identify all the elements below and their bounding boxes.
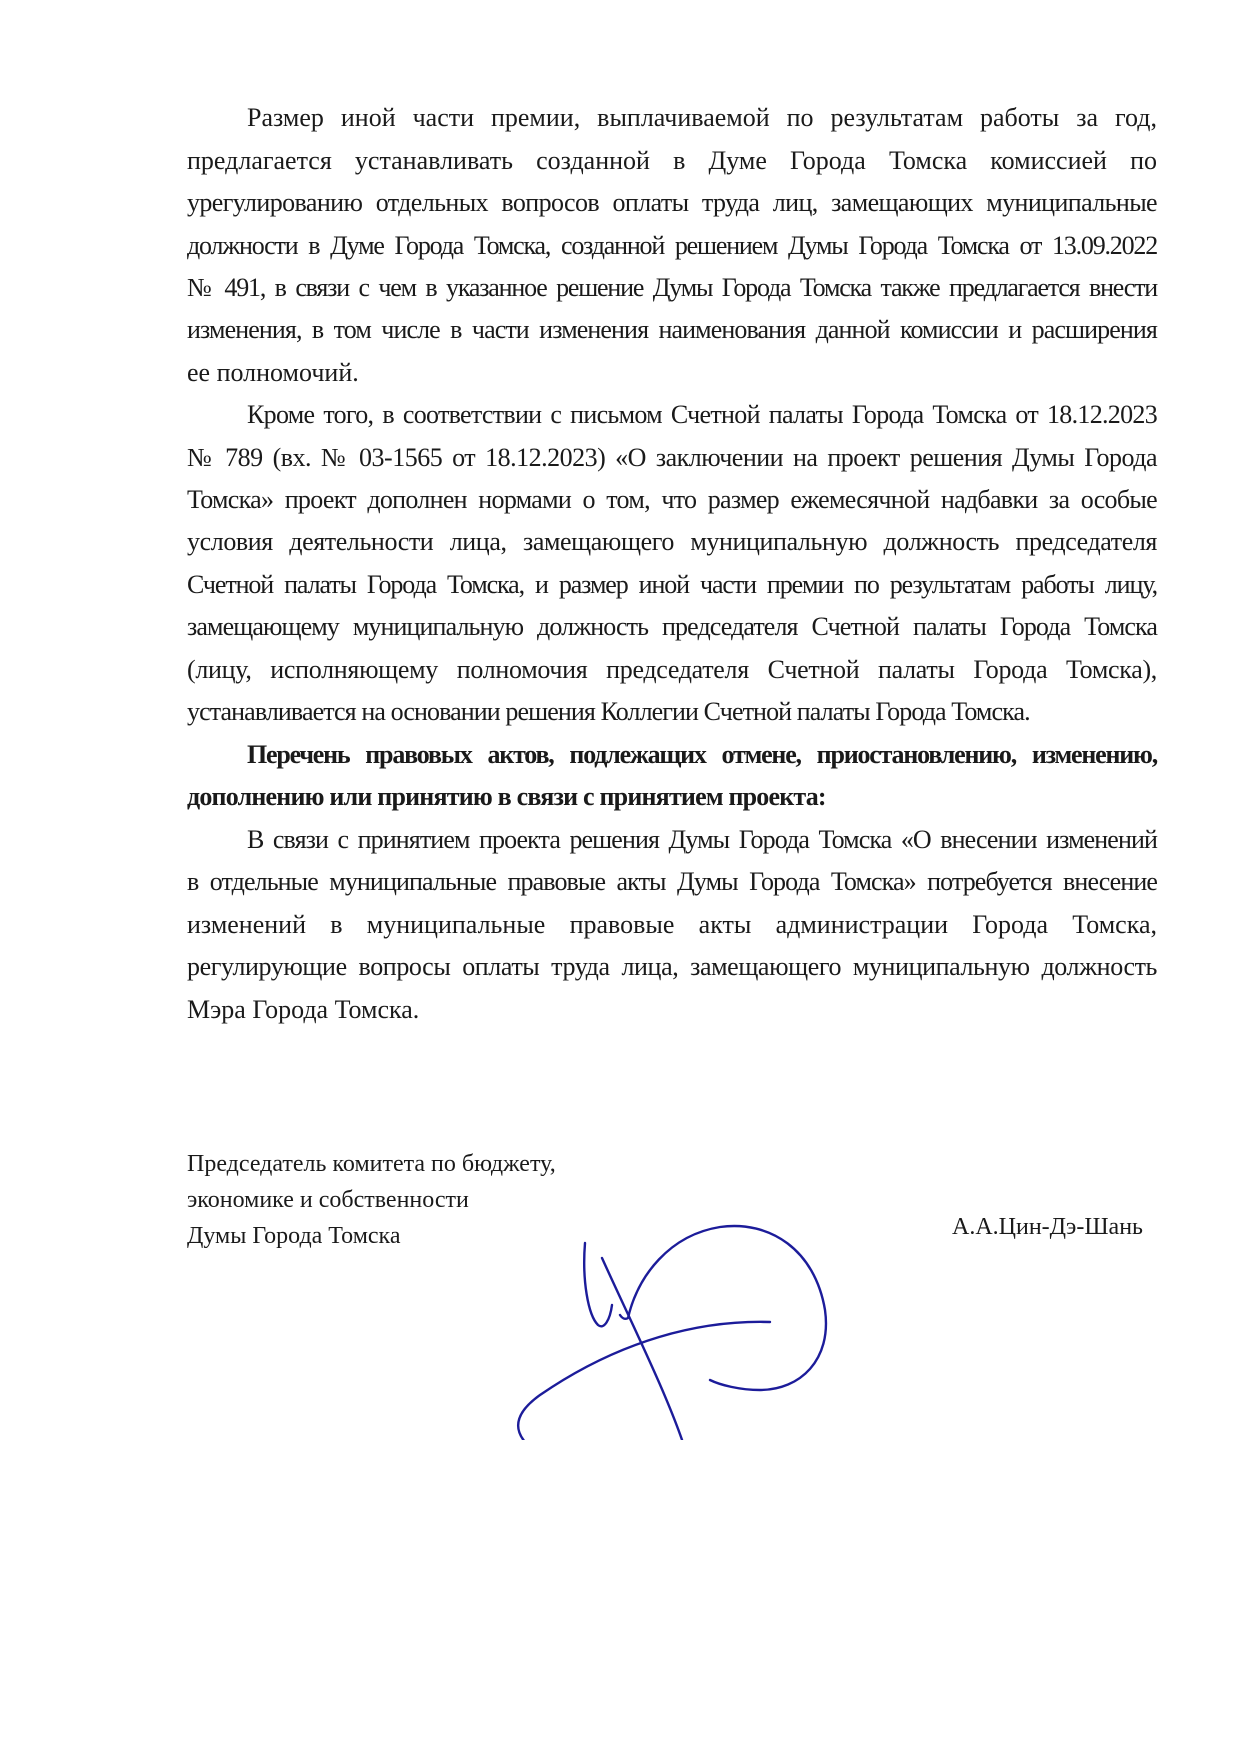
paragraph-2-line-8: устанавливается на основании решения Кол…	[187, 697, 1157, 727]
section-heading-line-2: дополнению или принятию в связи с принят…	[187, 782, 1157, 812]
paragraph-1-line-1: Размер иной части премии, выплачиваемой …	[247, 103, 1157, 133]
paragraph-1-line-2: предлагается устанавливать созданной в Д…	[187, 146, 1157, 176]
section-heading-line-1: Перечень правовых актов, подлежащих отме…	[247, 740, 1157, 770]
paragraph-1-line-3: урегулированию отдельных вопросов оплаты…	[187, 188, 1157, 218]
paragraph-3-line-3: изменений в муниципальные правовые акты …	[187, 910, 1157, 940]
document-page: Размер иной части премии, выплачиваемой …	[0, 0, 1240, 1753]
paragraph-2-line-1: Кроме того, в соответствии с письмом Сче…	[247, 400, 1157, 430]
paragraph-2-line-2: № 789 (вх. № 03-1565 от 18.12.2023) «О з…	[187, 443, 1157, 473]
paragraph-2-line-6: замещающему муниципальную должность пред…	[187, 612, 1157, 642]
paragraph-3-line-2: в отдельные муниципальные правовые акты …	[187, 867, 1157, 897]
paragraph-1-line-5: № 491, в связи с чем в указанное решение…	[187, 273, 1157, 303]
paragraph-1-line-7: ее полномочий.	[187, 358, 1157, 388]
paragraph-1-line-6: изменения, в том числе в части изменения…	[187, 315, 1157, 345]
handwritten-signature-icon	[470, 1180, 950, 1440]
paragraph-3-line-5: Мэра Города Томска.	[187, 995, 1157, 1025]
signatory-position-line-1: Председатель комитета по бюджету,	[187, 1150, 556, 1178]
paragraph-3-line-4: регулирующие вопросы оплаты труда лица, …	[187, 952, 1157, 982]
signatory-position-line-2: экономике и собственности	[187, 1186, 469, 1214]
paragraph-3-line-1: В связи с принятием проекта решения Думы…	[247, 825, 1157, 855]
paragraph-2-line-7: (лицу, исполняющему полномочия председат…	[187, 655, 1157, 685]
paragraph-2-line-5: Счетной палаты Города Томска, и размер и…	[187, 570, 1157, 600]
paragraph-2-line-4: условия деятельности лица, замещающего м…	[187, 527, 1157, 557]
paragraph-1-line-4: должности в Думе Города Томска, созданно…	[187, 231, 1157, 261]
paragraph-2-line-3: Томска» проект дополнен нормами о том, ч…	[187, 485, 1157, 515]
signatory-name: А.А.Цин-Дэ-Шань	[952, 1213, 1143, 1241]
signatory-position-line-3: Думы Города Томска	[187, 1222, 401, 1250]
